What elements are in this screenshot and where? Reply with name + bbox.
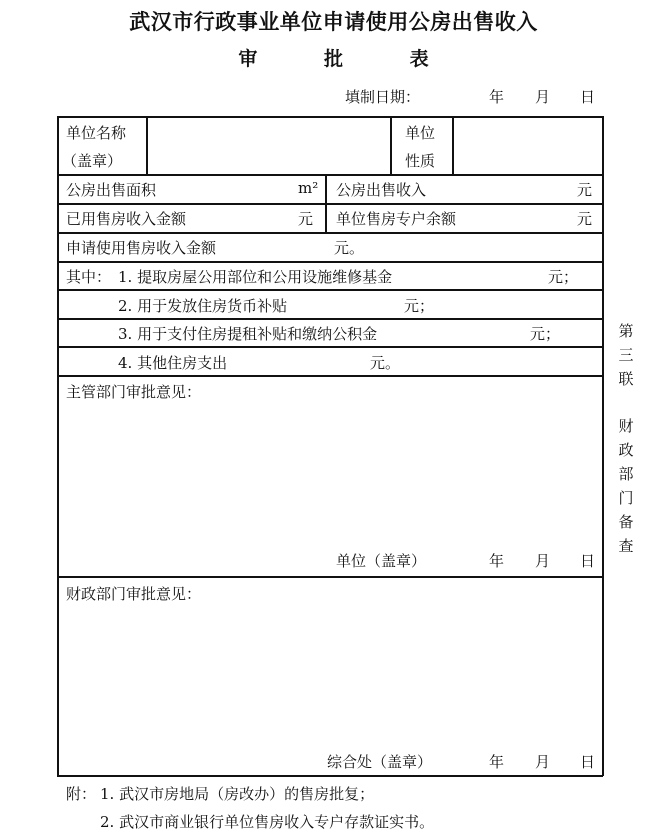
account-balance-unit: 元: [577, 208, 592, 229]
breakdown-item-3: 3. 用于支付住房提租补贴和缴纳公积金: [118, 323, 377, 344]
dept-opinion-field[interactable]: [62, 402, 598, 542]
dept-seal-label: 单位（盖章）: [336, 550, 426, 571]
side-char: 第: [616, 319, 636, 343]
breakdown-item-1-unit: 元；: [548, 266, 578, 287]
unit-name-seal-label: （盖章）: [62, 150, 122, 171]
row-divider: [57, 174, 603, 176]
breakdown-item-4-unit: 元。: [370, 352, 400, 373]
row-divider: [57, 375, 603, 377]
finance-opinion-field[interactable]: [62, 604, 598, 742]
fill-date-month: 月: [535, 86, 550, 107]
finance-sign-day: 日: [580, 751, 595, 772]
row-divider: [57, 289, 603, 291]
unit-type-label: 性质: [405, 150, 435, 171]
account-balance-label: 单位售房专户余额: [336, 208, 456, 229]
table-border-top: [57, 116, 603, 118]
fill-date-day: 日: [580, 86, 595, 107]
row-divider: [57, 261, 603, 263]
table-border-right: [602, 116, 604, 776]
subtitle-char: 审: [238, 44, 257, 71]
dept-opinion-label: 主管部门审批意见：: [66, 381, 201, 402]
used-income-unit: 元: [298, 208, 313, 229]
table-border-left: [57, 116, 59, 776]
unit-type-field[interactable]: [456, 120, 600, 172]
row-divider: [57, 203, 603, 205]
side-char: 门: [616, 486, 636, 510]
side-char: 备: [616, 510, 636, 534]
row-divider: [57, 318, 603, 320]
apply-amount-unit: 元。: [334, 237, 364, 258]
side-char: 查: [616, 534, 636, 558]
fill-date-label: 填制日期：: [345, 86, 420, 107]
breakdown-item-1: 1. 提取房屋公用部位和公用设施维修基金: [118, 266, 392, 287]
subtitle-char: 批: [324, 44, 343, 71]
dept-sign-year: 年: [489, 550, 504, 571]
breakdown-prefix: 其中：: [66, 266, 111, 287]
copy-purpose-note: 财 政 部 门 备 查: [616, 414, 636, 558]
side-char: 政: [616, 438, 636, 462]
unit-name-field[interactable]: [150, 120, 388, 172]
form-subtitle: 审 批 表: [0, 44, 667, 71]
col-divider: [390, 116, 392, 174]
apply-amount-label: 申请使用售房收入金额: [66, 237, 216, 258]
sale-area-unit: m²: [298, 179, 318, 197]
breakdown-item-4: 4. 其他住房支出: [118, 352, 227, 373]
col-divider: [146, 116, 148, 174]
unit-name-label: 单位名称: [66, 122, 126, 143]
attachment-item: 1. 武汉市房地局（房改办）的售房批复；: [100, 783, 374, 804]
form-title: 武汉市行政事业单位申请使用公房出售收入: [0, 6, 667, 36]
copy-number-note: 第 三 联: [616, 319, 636, 391]
finance-opinion-label: 财政部门审批意见：: [66, 583, 201, 604]
used-income-label: 已用售房收入金额: [66, 208, 186, 229]
finance-sign-year: 年: [489, 751, 504, 772]
table-border-bottom: [57, 775, 603, 777]
attachment-item: 2. 武汉市商业银行单位售房收入专户存款证实书。: [100, 811, 434, 832]
finance-sign-month: 月: [535, 751, 550, 772]
subtitle-char: 表: [410, 44, 429, 71]
side-char: 联: [616, 367, 636, 391]
dept-sign-day: 日: [580, 550, 595, 571]
breakdown-item-2: 2. 用于发放住房货币补贴: [118, 295, 287, 316]
row-divider: [57, 576, 603, 578]
sale-income-unit: 元: [577, 179, 592, 200]
breakdown-item-3-unit: 元；: [530, 323, 560, 344]
unit-type-label: 单位: [405, 122, 435, 143]
dept-sign-month: 月: [535, 550, 550, 571]
breakdown-item-2-unit: 元；: [404, 295, 434, 316]
side-char: 财: [616, 414, 636, 438]
col-divider: [452, 116, 454, 174]
finance-seal-label: 综合处（盖章）: [327, 751, 432, 772]
side-char: 三: [616, 343, 636, 367]
attachments-prefix: 附：: [66, 783, 96, 804]
row-divider: [57, 346, 603, 348]
side-char: 部: [616, 462, 636, 486]
sale-area-label: 公房出售面积: [66, 179, 156, 200]
sale-income-label: 公房出售收入: [336, 179, 426, 200]
row-divider: [57, 232, 603, 234]
col-divider: [325, 174, 327, 232]
fill-date-year: 年: [489, 86, 504, 107]
